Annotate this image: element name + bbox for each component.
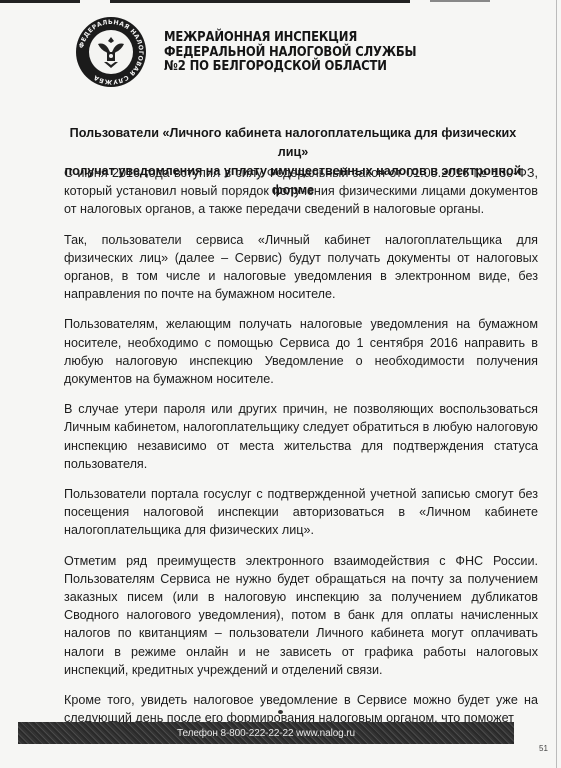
organization-name: МЕЖРАЙОННАЯ ИНСПЕКЦИЯ ФЕДЕРАЛЬНОЙ НАЛОГО… [164, 30, 416, 74]
footer-band: Телефон 8-800-222-22-22 www.nalog.ru [18, 722, 514, 744]
svg-text:ФЕДЕРАЛЬНАЯ НАЛОГОВАЯ СЛУЖБА: ФЕДЕРАЛЬНАЯ НАЛОГОВАЯ СЛУЖБА [78, 19, 144, 85]
footer-contact: Телефон 8-800-222-22-22 www.nalog.ru [177, 728, 355, 739]
document-body: С июня 2016 года вступил в силу Федераль… [64, 164, 538, 739]
paragraph: Пользователи портала госуслуг с подтверж… [64, 485, 538, 540]
scan-speck [278, 710, 283, 714]
scan-edge-mark [0, 0, 80, 3]
fns-emblem-icon: ФЕДЕРАЛЬНАЯ НАЛОГОВАЯ СЛУЖБА [76, 17, 146, 87]
title-line: Пользователи «Личного кабинета налогопла… [56, 124, 530, 162]
org-line: №2 ПО БЕЛГОРОДСКОЙ ОБЛАСТИ [164, 59, 416, 74]
paragraph: Пользователям, желающим получать налогов… [64, 315, 538, 388]
scan-edge-mark [430, 0, 490, 2]
paragraph: Отметим ряд преимуществ электронного вза… [64, 552, 538, 679]
paragraph: В случае утери пароля или других причин,… [64, 400, 538, 473]
scan-edge-mark [110, 0, 410, 3]
page-number: 51 [539, 744, 548, 753]
paragraph: Так, пользователи сервиса «Личный кабине… [64, 231, 538, 304]
letterhead: ФЕДЕРАЛЬНАЯ НАЛОГОВАЯ СЛУЖБА МЕЖРАЙОННАЯ… [76, 17, 457, 87]
org-line: МЕЖРАЙОННАЯ ИНСПЕКЦИЯ [164, 30, 416, 45]
paragraph: С июня 2016 года вступил в силу Федераль… [64, 164, 538, 219]
scan-edge-line [556, 0, 557, 768]
org-line: ФЕДЕРАЛЬНОЙ НАЛОГОВОЙ СЛУЖБЫ [164, 45, 416, 60]
